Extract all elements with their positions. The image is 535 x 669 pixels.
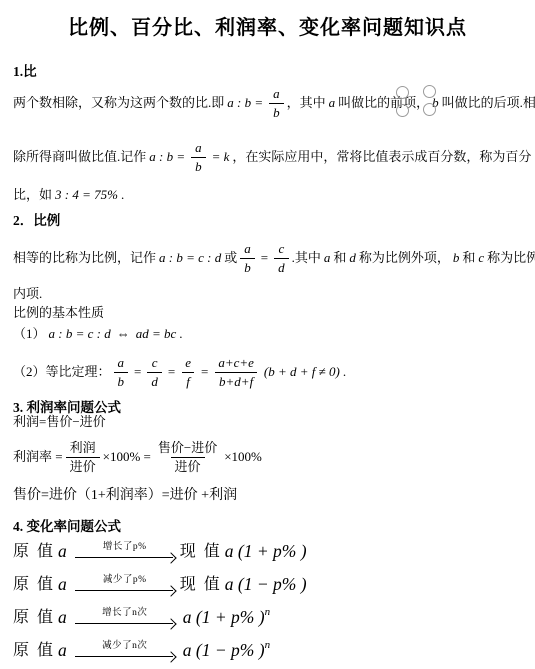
math-expression: a (1 + p% )n — [180, 607, 273, 629]
math-expression: a (1 − p% )n — [180, 640, 273, 662]
text: 利润=售价−进价 — [13, 414, 106, 430]
math-expression: a : b = — [224, 95, 266, 111]
equals-sign: = — [165, 364, 178, 380]
math-var: a — [55, 541, 70, 563]
text: 和 — [462, 250, 475, 266]
sec4-line2: 原 值a减少了p%现 值a (1 − p% ) — [13, 569, 310, 601]
text: 现 值 — [180, 542, 222, 562]
math-var: a — [326, 95, 339, 111]
fraction: 售价−进价进价 — [154, 440, 221, 474]
math-expression: ad = bc — [133, 326, 180, 342]
page-title: 比例、百分比、利润率、变化率问题知识点 — [0, 11, 535, 40]
sec3-line1: 利润=售价−进价 — [13, 414, 106, 430]
text: 原 值 — [13, 575, 55, 595]
fraction: cd — [147, 355, 162, 389]
equals-sign: = — [258, 250, 271, 266]
arrow-label: 增长了n次 — [96, 608, 153, 619]
fraction: ab — [269, 86, 284, 120]
section1-heading: 1.比 — [13, 60, 37, 80]
fraction: a+c+eb+d+f — [214, 355, 258, 389]
text: 比，如 — [13, 187, 52, 203]
right-arrow-icon — [75, 653, 175, 661]
text: 原 值 — [13, 608, 55, 628]
arrow-label: 增长了p% — [97, 542, 153, 553]
text: 和 — [333, 250, 346, 266]
fraction: ef — [181, 355, 195, 389]
text: 叫做比的前项， — [338, 95, 429, 111]
section3-heading: 3. 利润率问题公式 — [13, 396, 121, 416]
sec2-line1: 相等的比称为比例，记作a : b = c : d或ab=cd.其中a和d称为比例… — [13, 237, 535, 279]
math-condition: (b + d + f ≠ 0) — [261, 364, 343, 380]
text: （2）等比定理： — [13, 364, 111, 380]
selection-handle-circle[interactable] — [423, 103, 436, 116]
text: ，其中 — [287, 95, 326, 111]
text: 原 值 — [13, 641, 55, 661]
text: 除所得商叫做比值.记作 — [13, 149, 146, 165]
right-arrow-icon — [75, 620, 175, 628]
text: . — [121, 187, 124, 203]
math-var: b — [450, 250, 463, 266]
sec3-line2: 利润率 =利润进价×100% =售价−进价进价×100% — [13, 434, 262, 480]
text: 叫做比的后项.相 — [442, 95, 535, 111]
labeled-arrow: 增长了n次 — [75, 608, 175, 627]
math-expression: 3 : 4 = 75% — [52, 187, 121, 203]
sec4-line3: 原 值a增长了n次a (1 + p% )n — [13, 602, 273, 634]
iff-symbol: ⇔ — [114, 326, 133, 342]
fraction: ab — [114, 355, 129, 389]
text: . — [179, 326, 182, 342]
sec1-line1: 两个数相除，又称为这两个数的比.即a : b =ab，其中a叫做比的前项，b叫做… — [13, 84, 535, 122]
text: .其中 — [292, 250, 321, 266]
section2-heading: 2．比例 — [13, 209, 60, 229]
document-page: 比例、百分比、利润率、变化率问题知识点 1.比 两个数相除，又称为这两个数的比.… — [0, 0, 535, 669]
text: ×100% = — [103, 449, 151, 465]
math-var: a — [321, 250, 334, 266]
equals-sign: = — [198, 364, 211, 380]
math-expression: a : b = — [146, 149, 188, 165]
arrow-label: 减少了n次 — [96, 641, 153, 652]
exponent: n — [265, 606, 271, 618]
text: （1） — [13, 326, 46, 342]
sec2-line3: 比例的基本性质 — [13, 305, 104, 321]
text: 称为比例 — [487, 250, 535, 266]
selection-handle-circle[interactable] — [396, 104, 409, 117]
text: . — [343, 364, 346, 380]
section4-heading: 4. 变化率问题公式 — [13, 515, 121, 535]
right-arrow-icon — [75, 554, 175, 562]
sec4-line4: 原 值a减少了n次a (1 − p% )n — [13, 635, 273, 667]
fraction: 利润进价 — [66, 440, 100, 474]
text: 原 值 — [13, 542, 55, 562]
math-var: c — [475, 250, 487, 266]
exponent: n — [265, 639, 271, 651]
sec2-line5: （2）等比定理：ab=cd=ef=a+c+eb+d+f(b + d + f ≠ … — [13, 351, 346, 393]
sec4-line1: 原 值a增长了p%现 值a (1 + p% ) — [13, 536, 310, 568]
labeled-arrow: 减少了p% — [75, 575, 175, 594]
math-var: d — [346, 250, 359, 266]
fraction: cd — [274, 241, 289, 275]
math-expression: = k — [209, 149, 233, 165]
text: 现 值 — [180, 575, 222, 595]
fraction: ab — [240, 241, 255, 275]
math-var: a — [55, 640, 70, 662]
selection-handle-circle[interactable] — [396, 86, 409, 99]
text: 售价=进价（1+利润率）=进价 +利润 — [13, 487, 237, 505]
sec3-line3: 售价=进价（1+利润率）=进价 +利润 — [13, 483, 237, 509]
right-arrow-icon — [75, 587, 175, 595]
sec1-line3: 比，如3 : 4 = 75%. — [13, 187, 124, 203]
text: ×100% — [224, 449, 262, 465]
text: 利润率 = — [13, 449, 63, 465]
labeled-arrow: 增长了p% — [75, 542, 175, 561]
text: 比例的基本性质 — [13, 305, 104, 321]
text: 两个数相除，又称为这两个数的比.即 — [13, 95, 224, 111]
fraction: ab — [191, 140, 206, 174]
sec2-line2: 内项. — [13, 286, 42, 302]
text: 相等的比称为比例，记作 — [13, 250, 156, 266]
selection-handle-circle[interactable] — [423, 85, 436, 98]
equals-sign: = — [131, 364, 144, 380]
arrow-label: 减少了p% — [97, 575, 153, 586]
math-expression: a (1 + p% ) — [222, 541, 310, 563]
sec2-line4: （1）a : b = c : d⇔ad = bc. — [13, 324, 183, 344]
text: 称为比例外项， — [359, 250, 450, 266]
math-var: a — [55, 607, 70, 629]
math-expression: a : b = c : d — [156, 250, 224, 266]
text: ，在实际应用中，常将比值表示成百分数，称为百分 — [232, 149, 531, 165]
math-expression: a : b = c : d — [46, 326, 114, 342]
sec1-line2: 除所得商叫做比值.记作a : b =ab= k，在实际应用中，常将比值表示成百分… — [13, 137, 531, 177]
math-var: a — [55, 574, 70, 596]
math-expression: a (1 − p% ) — [222, 574, 310, 596]
labeled-arrow: 减少了n次 — [75, 641, 175, 660]
text: 或 — [224, 250, 237, 266]
text: 内项. — [13, 286, 42, 302]
